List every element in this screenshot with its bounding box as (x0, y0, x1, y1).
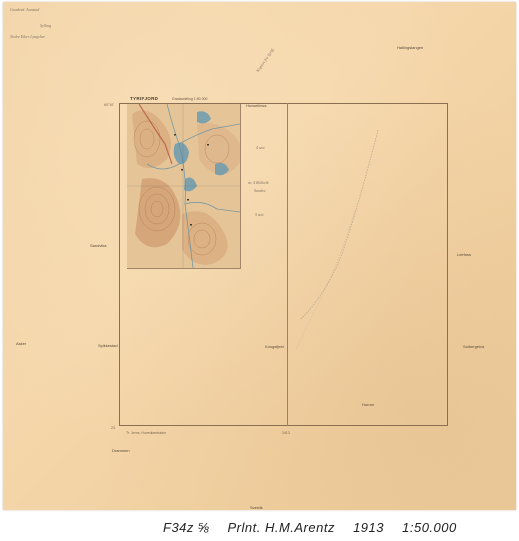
place-label-right-upper: Leirfoss (457, 252, 471, 257)
place-label-right-lower: Solbergelva (463, 344, 484, 349)
inset-subtitle: Gradavdeling 1:50 000 (172, 97, 207, 101)
tick-top-left: 60°10' (104, 103, 114, 107)
pencil-note-2: nr. 4 Rekkvik (248, 180, 269, 185)
place-label-top-right: Hallingslangen (397, 45, 423, 50)
map-scale: 1:50.000 (402, 520, 457, 535)
pencil-note-4: 5 sett (255, 212, 264, 217)
place-label-left-mid: Spikkestad (98, 343, 118, 348)
printer-name: Prlnt. H.M.Arentz (227, 520, 334, 535)
place-label-left-edge: Asker (16, 341, 26, 346)
place-label-mid-left: Sandvika (90, 243, 106, 248)
sheet-code: F34z ⅝ (163, 520, 209, 535)
inset-title: TYRIFJORD (130, 96, 158, 101)
frame-label-bottom-left: Tr. Jerns. Hovedcentralen (126, 431, 166, 435)
tick-bottom-left: 23 (111, 426, 115, 430)
print-year: 1913 (353, 520, 384, 535)
frame-label-bottom-mid: 1913 (282, 431, 290, 435)
topographic-inset[interactable] (127, 104, 241, 269)
place-label-bottom-left: Drammen (112, 448, 130, 453)
corner-note-2: Sylling (40, 23, 51, 28)
place-label-inset-right: Hovsetbrua (246, 103, 266, 108)
pencil-note-3: Sandsv. (254, 188, 266, 193)
corner-note-3: Nedre Eiker Lyngsher (10, 34, 45, 39)
map-divider (287, 103, 288, 426)
place-label-center: Kongsfjeld (265, 344, 284, 349)
catalog-caption: F34z ⅝ Prlnt. H.M.Arentz 1913 1:50.000 (163, 520, 471, 535)
corner-note-1: Gradavd. Aanstad (10, 7, 39, 12)
place-label-lower-center: Hurum (362, 402, 374, 407)
place-label-bottom-center: Svelvik (250, 505, 263, 510)
pencil-note-1: 4 sett (256, 145, 265, 150)
topographic-map-graphic (127, 104, 240, 268)
